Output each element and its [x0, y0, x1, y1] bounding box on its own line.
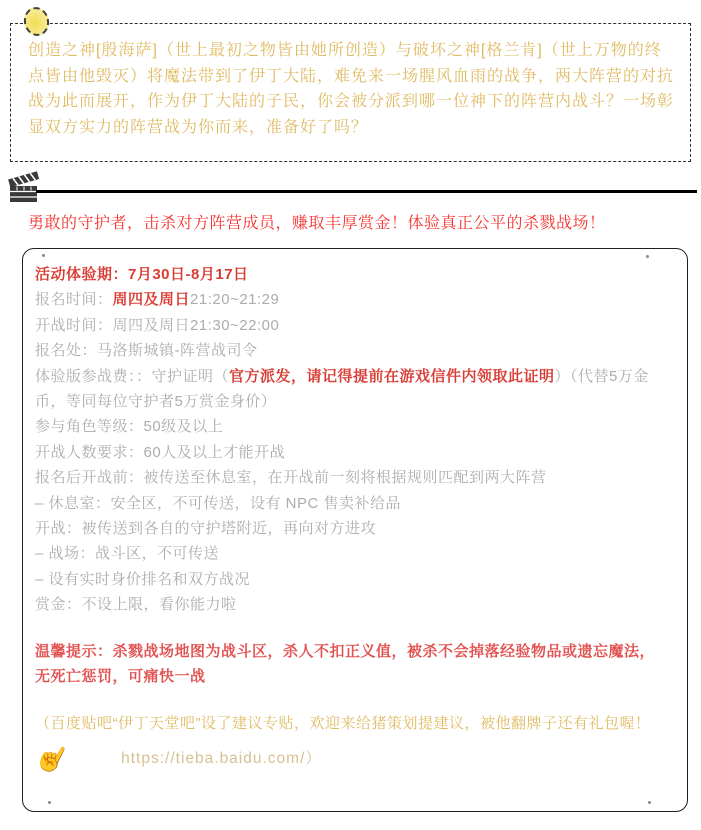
detail-line: 参与角色等级：50级及以上 [35, 414, 667, 439]
text-segment: 参与角色等级：50级及以上 [35, 418, 223, 435]
details-lines: 活动体验期：7月30日-8月17日报名时间：周四及周日21:20~21:29开战… [35, 262, 667, 776]
text-segment: 开战：被传送到各自的守护塔附近，再向对方进攻 [35, 520, 376, 537]
spacer-line [35, 618, 667, 639]
text-segment: – 设有实时身价排名和双方战况 [35, 571, 250, 588]
text-segment: 官方派发，请记得提前在游戏信件内领取此证明 [229, 368, 555, 385]
text-segment: 温馨提示：杀戮战场地图为战斗区，杀人不扣正义值，被杀不会掉落经验物品或遗忘魔法，… [35, 643, 655, 685]
text-segment: 周四及周日 [113, 291, 191, 308]
detail-line: 开战人数要求：60人及以上才能开战 [35, 440, 667, 465]
text-segment: 开战人数要求：60人及以上才能开战 [35, 444, 285, 461]
detail-line: – 休息室：安全区，不可传送，设有 NPC 售卖补给品 [35, 491, 667, 516]
corner-dot [48, 801, 51, 804]
text-segment: 报名时间： [35, 291, 113, 308]
text-segment: 体验版参战费：：守护证明（ [35, 368, 229, 385]
detail-line: 报名后开战前：被传送至休息室，在开战前一刻将根据规则匹配到两大阵营 [35, 465, 667, 490]
spacer-line [35, 690, 667, 711]
detail-line: 活动体验期：7月30日-8月17日 [35, 262, 667, 287]
detail-line: 体验版参战费：：守护证明（官方派发，请记得提前在游戏信件内领取此证明）（代替5万… [35, 364, 667, 415]
text-segment: 报名后开战前：被传送至休息室，在开战前一刻将根据规则匹配到两大阵营 [35, 469, 547, 486]
intro-text: 创造之神[殷海萨]（世上最初之物皆由她所创造）与破坏之神[格兰肯]（世上万物的终… [28, 38, 676, 140]
text-segment: 开战时间：周四及周日21:30~22:00 [35, 317, 279, 334]
corner-dot [42, 254, 45, 257]
text-segment: 21:20~21:29 [190, 291, 279, 308]
detail-line: 开战时间：周四及周日21:30~22:00 [35, 313, 667, 338]
text-segment: 赏金：不设上限，看你能力啦 [35, 596, 237, 613]
link-row: ☝https://tieba.baidu.com/） [35, 742, 667, 776]
pointing-hand-icon: ☝ [31, 739, 74, 779]
detail-line: – 设有实时身价排名和双方战况 [35, 567, 667, 592]
detail-line: 报名处：马洛斯城镇-阵营战司令 [35, 338, 667, 363]
intro-box: 创造之神[殷海萨]（世上最初之物皆由她所创造）与破坏之神[格兰肯]（世上万物的终… [10, 23, 691, 162]
text-segment: 活动体验期：7月30日-8月17日 [35, 266, 249, 283]
divider-line [36, 190, 697, 193]
detail-line: 赏金：不设上限，看你能力啦 [35, 592, 667, 617]
detail-line: 报名时间：周四及周日21:20~21:29 [35, 287, 667, 312]
text-segment: （百度贴吧“伊丁天堂吧”设了建议专贴，欢迎来给猪策划提建议，被他翻牌子还有礼包喔… [35, 715, 651, 732]
corner-dot [648, 801, 651, 804]
detail-line: 开战：被传送到各自的守护塔附近，再向对方进攻 [35, 516, 667, 541]
details-box: 活动体验期：7月30日-8月17日报名时间：周四及周日21:20~21:29开战… [22, 248, 688, 812]
corner-dot [646, 255, 649, 258]
clapperboard-icon [8, 171, 40, 203]
detail-line: – 战场：战斗区，不可传送 [35, 541, 667, 566]
text-segment: 报名处：马洛斯城镇-阵营战司令 [35, 342, 258, 359]
tieba-link[interactable]: https://tieba.baidu.com/） [121, 746, 322, 771]
text-segment: – 休息室：安全区，不可传送，设有 NPC 售卖补给品 [35, 495, 401, 512]
detail-line: （百度贴吧“伊丁天堂吧”设了建议专贴，欢迎来给猪策划提建议，被他翻牌子还有礼包喔… [35, 711, 667, 736]
detail-line: 温馨提示：杀戮战场地图为战斗区，杀人不扣正义值，被杀不会掉落经验物品或遗忘魔法，… [35, 639, 667, 690]
headline: 勇敢的守护者，击杀对方阵营成员，赚取丰厚赏金！体验真正公平的杀戮战场！ [28, 210, 678, 233]
text-segment: – 战场：战斗区，不可传送 [35, 545, 219, 562]
